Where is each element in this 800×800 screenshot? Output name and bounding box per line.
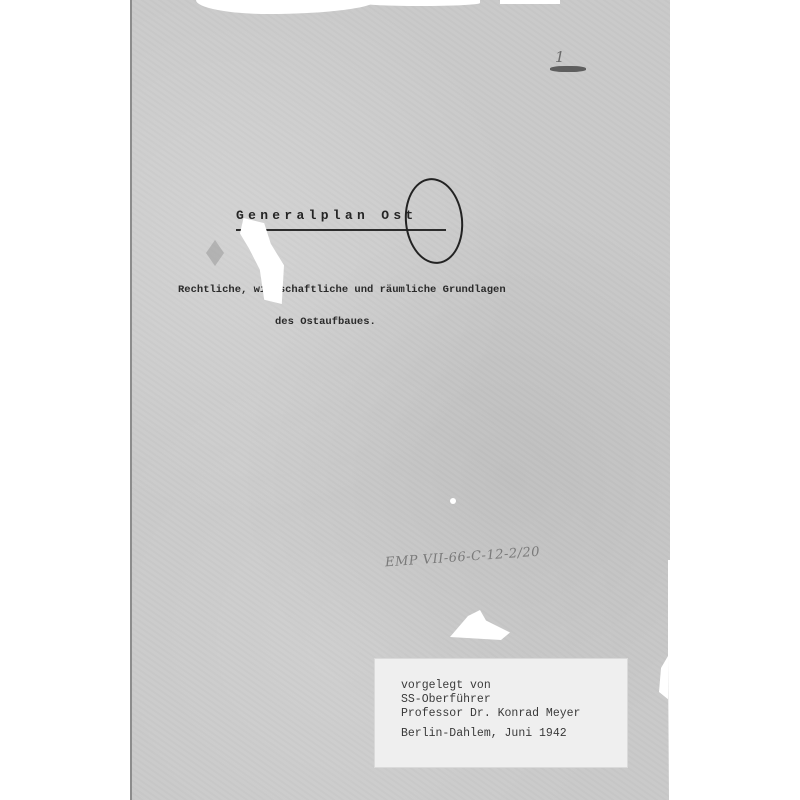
torn-edge — [360, 0, 480, 6]
label-rank: SS-Oberführer — [401, 693, 491, 706]
ink-smudge — [550, 66, 586, 72]
torn-edge — [500, 0, 560, 4]
author-label-card: vorgelegt von SS-Oberführer Professor Dr… — [374, 658, 628, 768]
paper-hole — [450, 498, 456, 504]
label-presented-by: vorgelegt von — [401, 679, 491, 692]
subtitle-line-2: des Ostaufbaues. — [275, 316, 376, 328]
label-author: Professor Dr. Konrad Meyer — [401, 707, 580, 720]
document-title: Generalplan Ost — [236, 208, 418, 223]
label-place-date: Berlin-Dahlem, Juni 1942 — [401, 727, 567, 740]
page-number-mark: 1 — [555, 48, 565, 66]
subtitle-line-1: Rechtliche, wirtschaftliche und räumlich… — [178, 284, 506, 296]
